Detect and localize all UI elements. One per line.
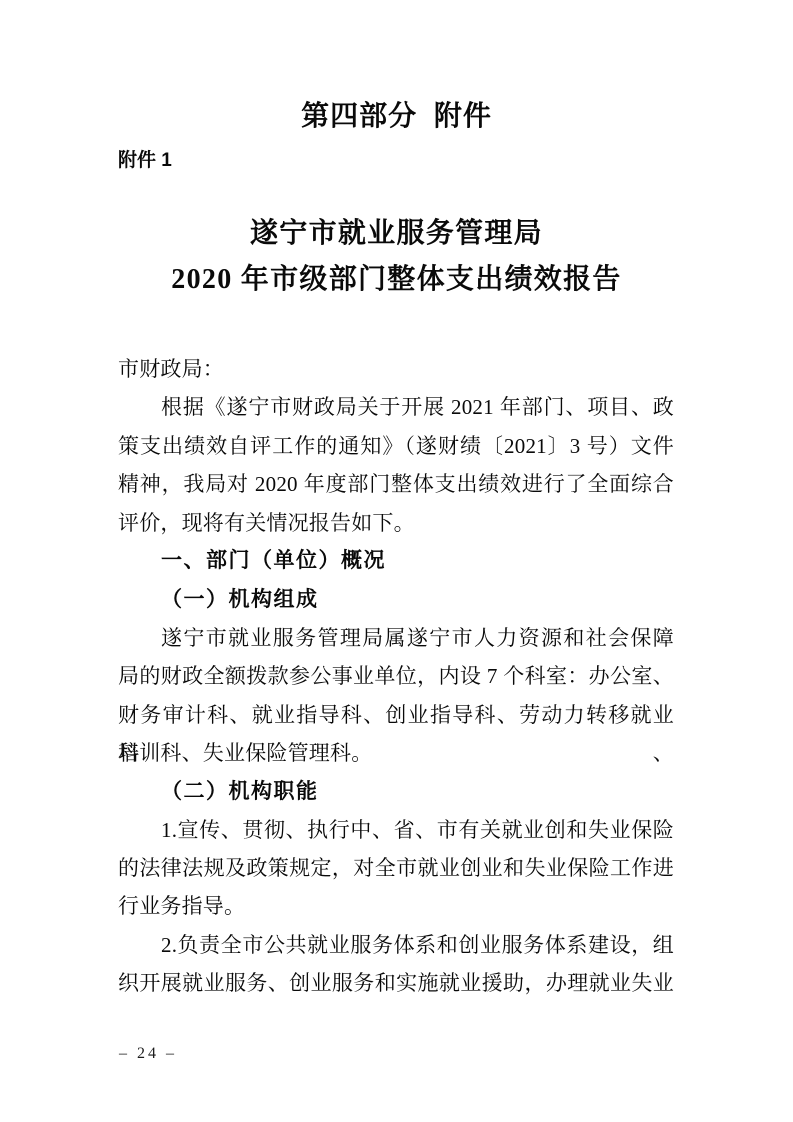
body-line: 2.负责全市公共就业服务体系和创业服务体系建设，组 (118, 926, 674, 964)
document-page: 第四部分 附件 附件 1 遂宁市就业服务管理局 2020 年市级部门整体支出绩效… (0, 0, 793, 1122)
section-heading: 第四部分 附件 (0, 99, 793, 133)
body-line: （一）机构组成 (118, 580, 674, 618)
body-line: 遂宁市就业服务管理局属遂宁市人力资源和社会保障 (118, 619, 674, 657)
body-line: 根据《遂宁市财政局关于开展 2021 年部门、项目、政 (118, 388, 674, 426)
body-line: 一、部门（单位）概况 (118, 542, 674, 580)
report-title: 遂宁市就业服务管理局 2020 年市级部门整体支出绩效报告 (0, 211, 793, 303)
body-line: 市财政局： (118, 350, 674, 388)
body-line: 策支出绩效自评工作的通知》（遂财绩〔2021〕3 号）文件 (118, 427, 674, 465)
report-title-line1: 遂宁市就业服务管理局 (0, 211, 793, 257)
body-line: 1.宣传、贯彻、执行中、省、市有关就业创和失业保险 (118, 811, 674, 849)
report-body: 市财政局：根据《遂宁市财政局关于开展 2021 年部门、项目、政策支出绩效自评工… (118, 350, 674, 1003)
body-line: 精神，我局对 2020 年度部门整体支出绩效进行了全面综合 (118, 465, 674, 503)
body-line: 局的财政全额拨款参公事业单位，内设 7 个科室：办公室、 (118, 657, 674, 695)
report-title-line2: 2020 年市级部门整体支出绩效报告 (0, 257, 793, 303)
body-line: 行业务指导。 (118, 887, 674, 925)
body-line: 财务审计科、就业指导科、创业指导科、劳动力转移就业科、 (118, 696, 674, 734)
body-line: 织开展就业服务、创业服务和实施就业援助，办理就业失业 (118, 964, 674, 1002)
body-line: （二）机构职能 (118, 772, 674, 810)
body-line: 评价，现将有关情况报告如下。 (118, 504, 674, 542)
attachment-label: 附件 1 (118, 148, 172, 174)
body-line: 的法律法规及政策规定，对全市就业创业和失业保险工作进 (118, 849, 674, 887)
page-number: – 24 – (119, 1044, 177, 1064)
